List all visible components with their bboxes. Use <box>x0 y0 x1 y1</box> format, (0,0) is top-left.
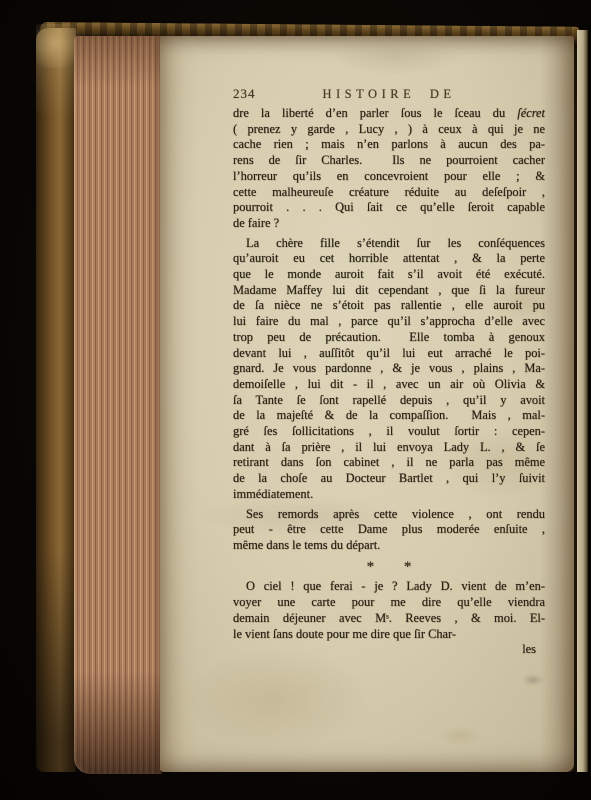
text-line: le vient ſans doute pour me dire que ſir… <box>233 627 545 643</box>
text-line: gnard. Je vous pardonne , & je vous , pl… <box>233 361 545 377</box>
text-line: lui faire du mal , parce qu’il s’approch… <box>233 314 545 330</box>
text-line: pourroit . . . Qui ſait ce qu’elle ſeroi… <box>233 200 545 216</box>
page-header: 234 HISTOIRE DE <box>233 85 545 101</box>
paragraph: O ciel ! que ferai - je ? Lady D. vient … <box>233 579 545 642</box>
running-title: HISTOIRE DE <box>322 87 455 101</box>
paragraph: Ses remords après cette violence , ont r… <box>233 507 545 554</box>
text-line: retirant dans ſon cabinet , il ne parla … <box>233 455 545 471</box>
page-stack-fore-edge <box>74 36 162 774</box>
text-line: de ſa nièce ne s’étoit pas rallentie , e… <box>233 298 545 314</box>
text-line: de la choſe au Docteur Bartlet , qui l’y… <box>233 471 545 487</box>
text-line: rens de ſir Charles. Ils ne pourroient c… <box>233 153 545 169</box>
text-line: peut - être cette Dame plus moderée enſu… <box>233 522 545 538</box>
text-line: dre la liberté d’en parler ſous le ſceau… <box>233 106 545 122</box>
text-line: qu’auroit eu cet horrible attentat , & l… <box>233 251 545 267</box>
text-line: Madame Maffey lui dit cependant , que ſi… <box>233 283 545 299</box>
text-line: de faire ? <box>233 216 545 232</box>
text-line: l’horreur qu’ils en concevroient pour el… <box>233 169 545 185</box>
book-cover-edge <box>36 28 76 772</box>
paragraph: dre la liberté d’en parler ſous le ſceau… <box>233 106 545 232</box>
text-line: cette malheureuſe créature réduite au de… <box>233 185 545 201</box>
paragraph: La chère fille s’étendit ſur les conſéqu… <box>233 236 545 503</box>
text-line: de la majeſté & de la compaſſion. Mais ,… <box>233 408 545 424</box>
text-line: La chère fille s’étendit ſur les conſéqu… <box>233 236 545 252</box>
text-line: voyer une carte pour me dire qu’elle vie… <box>233 595 545 611</box>
book-photo: 234 HISTOIRE DE dre la liberté d’en parl… <box>0 0 591 800</box>
text-line: immédiatement. <box>233 487 545 503</box>
text-line: dant à ſa prière , il lui envoya Lady L.… <box>233 440 545 456</box>
facing-page-sliver <box>577 30 588 772</box>
page-text: dre la liberté d’en parler ſous le ſceau… <box>233 106 545 658</box>
text-line: O ciel ! que ferai - je ? Lady D. vient … <box>233 579 545 595</box>
text-line: trop peu de précaution. Elle tomba à gen… <box>233 330 545 346</box>
book-page: 234 HISTOIRE DE dre la liberté d’en parl… <box>160 36 574 772</box>
page-number: 234 <box>233 86 256 102</box>
text-line: ( prenez y garde , Lucy , ) à ceux à qui… <box>233 122 545 138</box>
section-divider: * * <box>233 560 545 576</box>
text-line: devant lui , auſſitôt qu’il lui eut arra… <box>233 346 545 362</box>
catchword: les <box>233 642 545 658</box>
text-line: Ses remords après cette violence , ont r… <box>233 507 545 523</box>
text-line: ſa Tante ſe ſont rapellé depuis , qu’il … <box>233 393 545 409</box>
text-line: que le monde auroit fait s’il avoit été … <box>233 267 545 283</box>
text-line: demain déjeuner avec Mˢ. Reeves , & moi.… <box>233 611 545 627</box>
text-line: même dans le tems du départ. <box>233 538 545 554</box>
text-line: demoiſelle , lui dit - il , avec un air … <box>233 377 545 393</box>
text-line: gré ſes ſollicitations , il voulut ſorti… <box>233 424 545 440</box>
text-section-top: dre la liberté d’en parler ſous le ſceau… <box>233 106 545 554</box>
text-line: cache rien ; mais n’en parlons à aucun d… <box>233 137 545 153</box>
text-section-bottom: O ciel ! que ferai - je ? Lady D. vient … <box>233 579 545 642</box>
